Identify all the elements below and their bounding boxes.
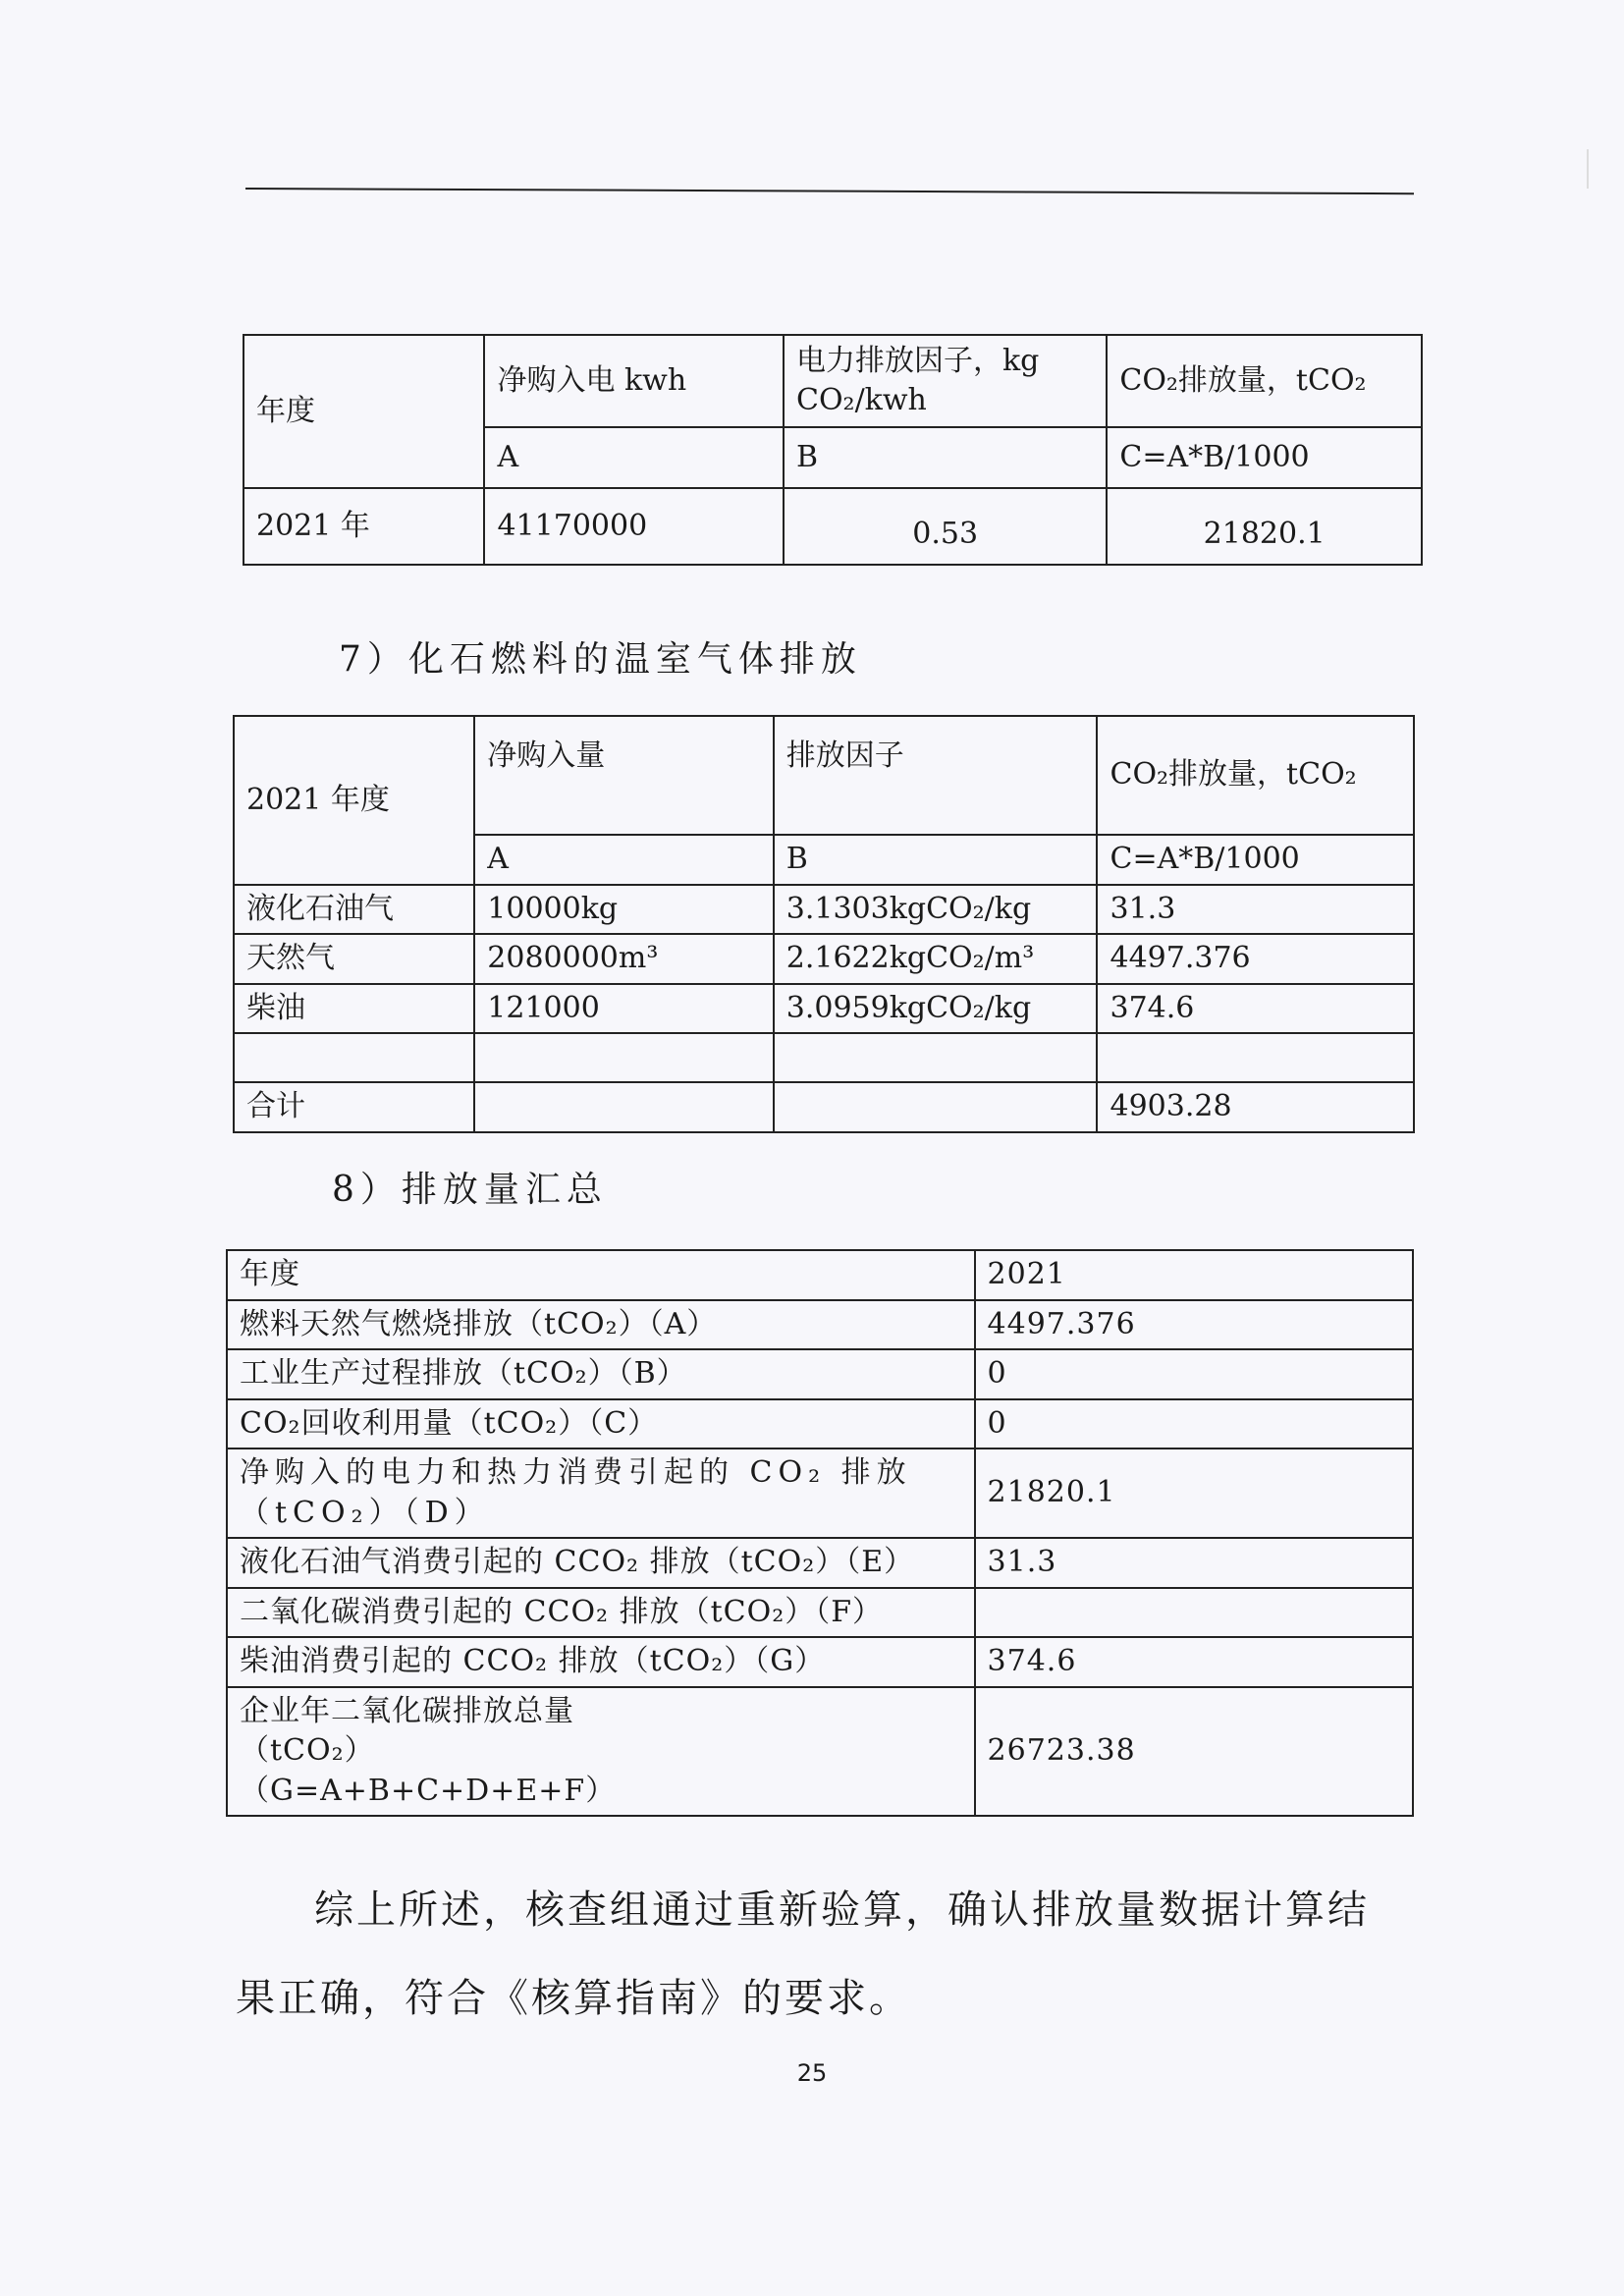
formula-b: B: [774, 835, 1098, 885]
table-row-empty: [234, 1033, 1414, 1082]
table-row: 燃料天然气燃烧排放（tCO₂）（A） 4497.376: [227, 1300, 1413, 1350]
cell-purchased: 10000kg: [474, 885, 773, 935]
cell-year: 2021 年: [244, 488, 484, 565]
formula-b: B: [784, 427, 1107, 488]
header-year: 2021 年度: [234, 716, 474, 885]
cell-emission: 4497.376: [1097, 934, 1414, 984]
row-value: 21820.1: [975, 1449, 1413, 1538]
table-row: 工业生产过程排放（tCO₂）（B） 0: [227, 1349, 1413, 1399]
row-value: 26723.38: [975, 1687, 1413, 1817]
cell-emission: [1097, 1033, 1414, 1082]
formula-a: A: [474, 835, 773, 885]
table-row: 2021 年 41170000 0.53 21820.1: [244, 488, 1422, 565]
row-label: CO₂回收利用量（tCO₂）（C）: [227, 1399, 975, 1449]
total-emission: 4903.28: [1097, 1082, 1414, 1132]
row-label: 柴油消费引起的 CCO₂ 排放（tCO₂）（G）: [227, 1637, 975, 1687]
section-7-heading: 7）化石燃料的温室气体排放: [339, 631, 862, 682]
cell-purchased: 121000: [474, 984, 773, 1034]
header-emission-factor: 电力排放因子，kg CO₂/kwh: [784, 335, 1107, 427]
cell-fuel: [234, 1033, 474, 1082]
table-row: 液化石油气 10000kg 3.1303kgCO₂/kg 31.3: [234, 885, 1414, 935]
row-label: 净购入的电力和热力消费引起的 CO₂ 排放（tCO₂）（D）: [227, 1449, 975, 1538]
table-row: CO₂回收利用量（tCO₂）（C） 0: [227, 1399, 1413, 1449]
scan-mark: [1587, 149, 1589, 189]
row-value: 0: [975, 1349, 1413, 1399]
header-rule: [245, 188, 1414, 194]
table-header-row: 年度 净购入电 kwh 电力排放因子，kg CO₂/kwh CO₂排放量，tCO…: [244, 335, 1422, 427]
cell-factor: 3.1303kgCO₂/kg: [774, 885, 1098, 935]
cell-fuel: 天然气: [234, 934, 474, 984]
table-header-row: 年度 2021: [227, 1250, 1413, 1300]
cell-emission: 374.6: [1097, 984, 1414, 1034]
cell-purchased: [474, 1033, 773, 1082]
table-header-row: 2021 年度 净购入量 排放因子 CO₂排放量，tCO₂: [234, 716, 1414, 835]
header-label: 年度: [227, 1250, 975, 1300]
formula-a: A: [484, 427, 784, 488]
row-value: 4497.376: [975, 1300, 1413, 1350]
formula-c: C=A*B/1000: [1107, 427, 1422, 488]
total-label: 合计: [234, 1082, 474, 1132]
cell-fuel: 柴油: [234, 984, 474, 1034]
total-factor: [774, 1082, 1098, 1132]
table-row: 净购入的电力和热力消费引起的 CO₂ 排放（tCO₂）（D） 21820.1: [227, 1449, 1413, 1538]
cell-factor: 3.0959kgCO₂/kg: [774, 984, 1098, 1034]
total-purchased: [474, 1082, 773, 1132]
header-factor: 排放因子: [774, 716, 1098, 835]
header-purchased-electricity: 净购入电 kwh: [484, 335, 784, 427]
cell-emission: 31.3: [1097, 885, 1414, 935]
table-row-total: 企业年二氧化碳排放总量（tCO₂）（G=A+B+C+D+E+F） 26723.3…: [227, 1687, 1413, 1817]
table-row: 液化石油气消费引起的 CCO₂ 排放（tCO₂）（E） 31.3: [227, 1538, 1413, 1588]
cell-emission: 21820.1: [1107, 488, 1422, 565]
cell-factor: [774, 1033, 1098, 1082]
section-8-heading: 8）排放量汇总: [332, 1162, 608, 1212]
table-row: 天然气 2080000m³ 2.1622kgCO₂/m³ 4497.376: [234, 934, 1414, 984]
row-value: [975, 1588, 1413, 1638]
formula-c: C=A*B/1000: [1097, 835, 1414, 885]
row-value: 0: [975, 1399, 1413, 1449]
header-value: 2021: [975, 1250, 1413, 1300]
cell-purchased: 2080000m³: [474, 934, 773, 984]
row-label: 燃料天然气燃烧排放（tCO₂）（A）: [227, 1300, 975, 1350]
conclusion-paragraph: 综上所述，核查组通过重新验算，确认排放量数据计算结果正确，符合《核算指南》的要求…: [236, 1866, 1394, 2043]
electricity-emission-table: 年度 净购入电 kwh 电力排放因子，kg CO₂/kwh CO₂排放量，tCO…: [243, 334, 1423, 566]
row-value: 31.3: [975, 1538, 1413, 1588]
cell-purchased: 41170000: [484, 488, 784, 565]
page-number: 25: [0, 2059, 1624, 2087]
row-label: 液化石油气消费引起的 CCO₂ 排放（tCO₂）（E）: [227, 1538, 975, 1588]
cell-factor: 0.53: [784, 488, 1107, 565]
row-value: 374.6: [975, 1637, 1413, 1687]
row-label: 二氧化碳消费引起的 CCO₂ 排放（tCO₂）（F）: [227, 1588, 975, 1638]
header-co2-emission: CO₂排放量，tCO₂: [1107, 335, 1422, 427]
cell-factor: 2.1622kgCO₂/m³: [774, 934, 1098, 984]
table-row: 柴油 121000 3.0959kgCO₂/kg 374.6: [234, 984, 1414, 1034]
table-row: 二氧化碳消费引起的 CCO₂ 排放（tCO₂）（F）: [227, 1588, 1413, 1638]
header-purchased: 净购入量: [474, 716, 773, 835]
fossil-fuel-emission-table: 2021 年度 净购入量 排放因子 CO₂排放量，tCO₂ A B C=A*B/…: [233, 715, 1415, 1133]
emission-summary-table: 年度 2021 燃料天然气燃烧排放（tCO₂）（A） 4497.376 工业生产…: [226, 1249, 1414, 1817]
row-label: 工业生产过程排放（tCO₂）（B）: [227, 1349, 975, 1399]
table-row: 柴油消费引起的 CCO₂ 排放（tCO₂）（G） 374.6: [227, 1637, 1413, 1687]
header-emission: CO₂排放量，tCO₂: [1097, 716, 1414, 835]
row-label: 企业年二氧化碳排放总量（tCO₂）（G=A+B+C+D+E+F）: [227, 1687, 975, 1817]
cell-fuel: 液化石油气: [234, 885, 474, 935]
header-year: 年度: [244, 335, 484, 488]
total-row: 合计 4903.28: [234, 1082, 1414, 1132]
